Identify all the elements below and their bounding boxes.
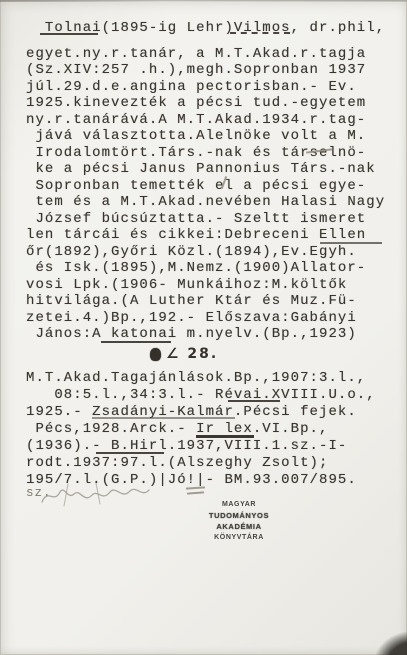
text-line: vosi Lpk.(1906- Munkáihoz:M.költők: [26, 277, 403, 294]
text-line: rodt.1937:97.l.(Alszeghy Zsolt);: [26, 455, 403, 472]
pencil-equals-mark: [187, 491, 204, 494]
text-line: tem és a M.T.Akad.nevében Halasi Nagy: [26, 194, 403, 211]
stamp-line: TUDOMÁNYOS AKADÉMIA: [188, 510, 290, 532]
text-line: József búcsúztatta.- Szeltt ismeret: [26, 211, 403, 228]
text-line: (1936).- B.Hirl.1937,VIII.1.sz.-I-: [26, 438, 403, 455]
text-line: ny.r.tanárává.A M.T.Akad.1934.r.tag-: [26, 112, 403, 129]
text-line: zetei.4.)Bp.,192.- Előszava:Gabányi: [26, 310, 403, 327]
biography-paragraph: Tolnai(1895-ig Lehr)Vilmos, dr.phil,egye…: [26, 20, 403, 343]
underline-mark-katonai: [101, 341, 171, 343]
underline-mark-zsadanyi: [92, 417, 235, 419]
text-line: jává választotta.Alelnöke volt a M.: [26, 128, 403, 145]
section-mark-row: ∠ 28.: [150, 346, 218, 362]
underline-mark-ellenor: [320, 242, 382, 244]
text-line: M.T.Akad.Tagajánlások.Bp.,1907:3.l.,: [26, 370, 403, 387]
text-line: júl.29.d.e.angina pectorisban.- Ev.: [26, 79, 403, 96]
scan-edge-shading: [0, 0, 407, 2]
pencil-scribble: [38, 480, 153, 512]
text-line: 08:5.l.,34:3.l.- Révai.XVIII.U.o.,: [26, 387, 403, 404]
section-mark: ∠ 28.: [166, 346, 218, 362]
library-stamp: MAGYAR TUDOMÁNYOS AKADÉMIA KÖNYVTÁRA: [188, 499, 290, 543]
text-line: őr(1892),Győri Közl.(1894),Ev.Egyh.: [26, 244, 403, 261]
text-line: egyet.ny.r.tanár, a M.T.Akad.r.tagja: [26, 46, 403, 63]
scanned-card: Tolnai(1895-ig Lehr)Vilmos, dr.phil,egye…: [0, 0, 407, 655]
stamp-line: MAGYAR: [188, 499, 290, 510]
underline-mark-tolnai: [40, 33, 98, 35]
scan-corner-shadow: [367, 625, 407, 655]
underline-mark-irlex: [196, 435, 254, 438]
text-line: Irodalomtört.Társ.-nak és társelnö-: [26, 145, 403, 162]
text-line: Sopronban temették el a pécsi egye-: [26, 178, 403, 195]
underline-mark-revai: [228, 400, 280, 402]
text-line: (Sz.XIV:257 .h.),megh.Sopronban 1937: [26, 62, 403, 79]
stamp-line: KÖNYVTÁRA: [188, 532, 290, 543]
text-line: ke a pécsi Janus Pannonius Társ.-nak: [26, 161, 403, 178]
text-line: hitvilága.(A Luther Ktár és Muz.Fü-: [26, 293, 403, 310]
text-line: és Isk.(1895),M.Nemz.(1900)Allator-: [26, 260, 403, 277]
bibliography-paragraph: M.T.Akad.Tagajánlások.Bp.,1907:3.l., 08:…: [26, 370, 403, 489]
text-line: János:A katonai m.nyelv.(Bp.,1923): [26, 326, 403, 343]
ink-blob-mark: [150, 348, 161, 361]
text-line: 1925.kinevezték a pécsi tud.-egyetem: [26, 95, 403, 112]
underline-mark-vilmos: [230, 32, 290, 34]
underline-mark-bhirl: [96, 452, 164, 454]
